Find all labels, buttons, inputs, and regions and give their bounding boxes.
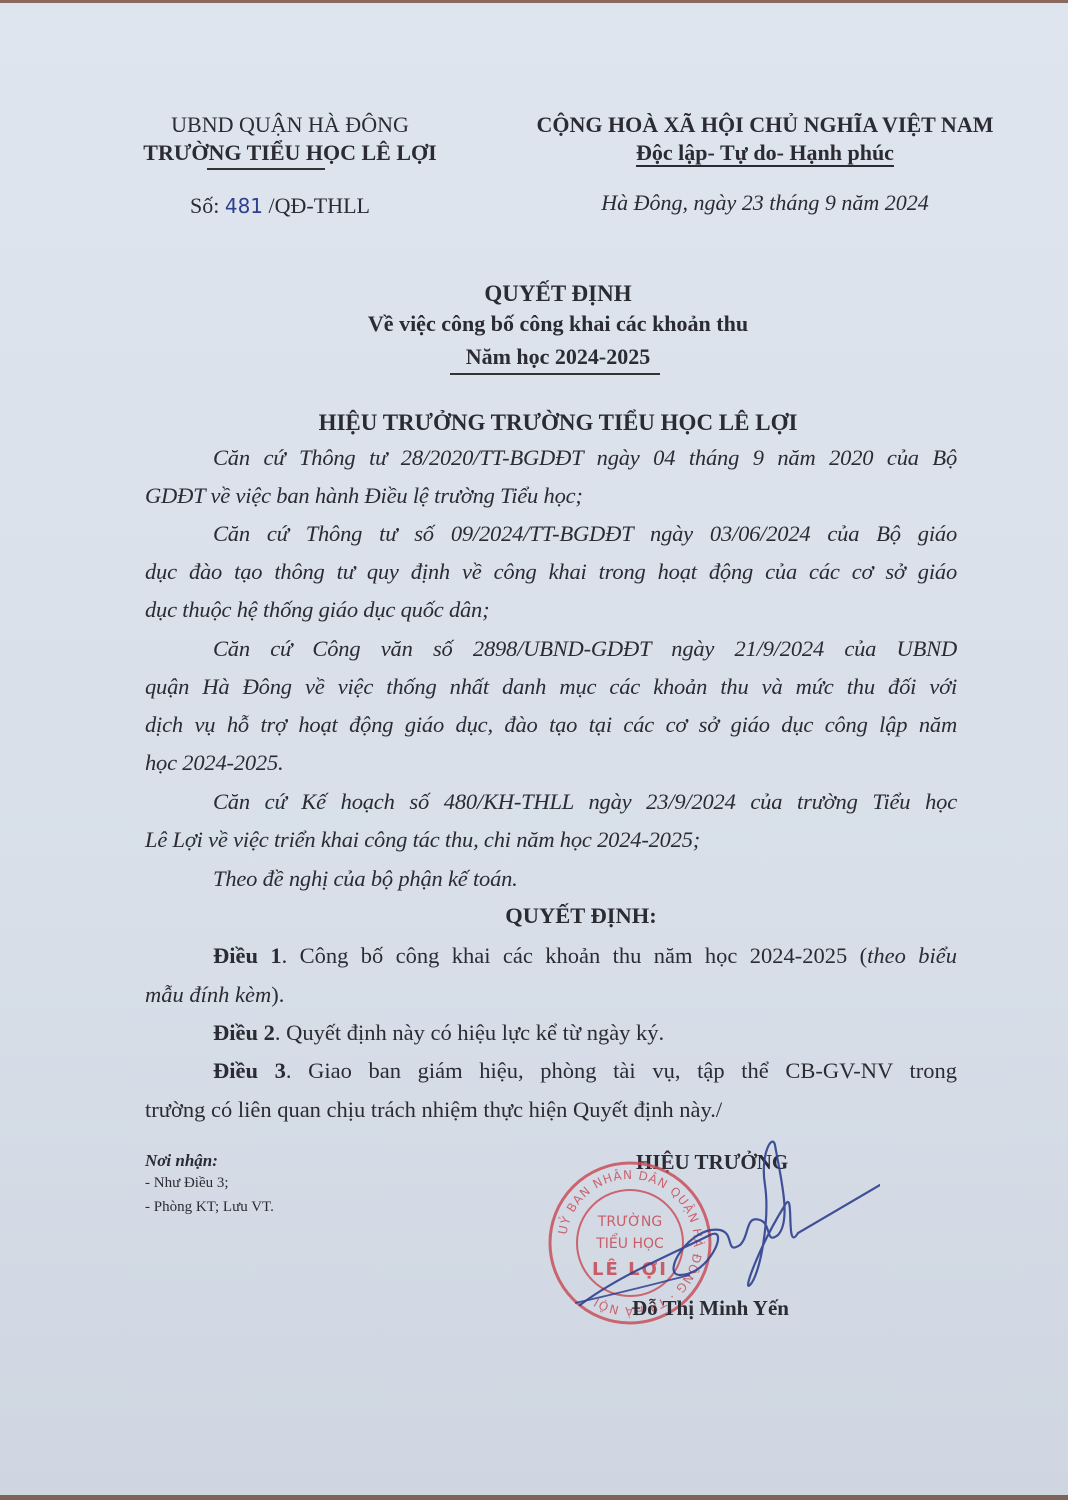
decision-subject: Về việc công bố công khai các khoản thu	[0, 311, 1068, 337]
preamble-3-line-2: quận Hà Đông về việc thống nhất danh mục…	[145, 674, 957, 700]
article-3-text: . Giao ban giám hiệu, phòng tài vụ, tập …	[286, 1058, 957, 1083]
recipient-item: - Phòng KT; Lưu VT.	[145, 1199, 274, 1216]
preamble-3-line-4: học 2024-2025.	[145, 750, 283, 776]
preamble-5: Theo đề nghị của bộ phận kế toán.	[213, 866, 518, 892]
year-underline	[450, 373, 660, 375]
number-label: Số:	[190, 193, 219, 218]
signature-scribble-icon	[560, 1125, 880, 1325]
article-1-line-1: Điều 1. Công bố công khai các khoản thu …	[213, 943, 957, 969]
article-1-italic: theo biểu	[867, 943, 957, 968]
handwritten-number: 481	[225, 194, 263, 218]
recipient-item: - Như Điều 3;	[145, 1175, 229, 1192]
preamble-4-line-2: Lê Lợi về việc triển khai công tác thu, …	[145, 827, 700, 853]
school-name-text: TRƯỜNG TIỂU HỌC LÊ LỢI	[143, 140, 436, 165]
document-number: Số: 481 /QĐ-THLL	[190, 193, 370, 219]
school-underline	[207, 168, 325, 170]
issuer-title: HIỆU TRƯỞNG TRƯỜNG TIỂU HỌC LÊ LỢI	[0, 410, 1068, 436]
article-2: Điều 2. Quyết định này có hiệu lực kể từ…	[213, 1020, 664, 1046]
photo-edge-bottom	[0, 1495, 1068, 1500]
number-suffix: /QĐ-THLL	[269, 193, 370, 218]
preamble-1-line-1: Căn cứ Thông tư 28/2020/TT-BGDĐT ngày 04…	[213, 445, 957, 471]
preamble-3-line-3: dịch vụ hỗ trợ hoạt động giáo dục, đào t…	[145, 712, 957, 738]
nation-title: CỘNG HOÀ XÃ HỘI CHỦ NGHĨA VIỆT NAM	[510, 112, 1020, 138]
article-1-label: Điều 1	[213, 943, 282, 968]
article-3-line-2: trường có liên quan chịu trách nhiệm thự…	[145, 1097, 722, 1123]
preamble-2-line-2: dục đào tạo thông tư quy định về công kh…	[145, 559, 957, 585]
article-1-line-2: mẫu đính kèm).	[145, 982, 284, 1008]
photo-edge-top	[0, 0, 1068, 3]
authority-name: UBND QUẬN HÀ ĐÔNG	[140, 112, 440, 138]
decision-year-text: Năm học 2024-2025	[466, 344, 651, 369]
recipients-title: Nơi nhận:	[145, 1151, 218, 1171]
article-3-label: Điều 3	[213, 1058, 286, 1083]
place-date: Hà Đông, ngày 23 tháng 9 năm 2024	[510, 190, 1020, 216]
preamble-4-line-1: Căn cứ Kế hoạch số 480/KH-THLL ngày 23/9…	[213, 789, 957, 815]
school-name: TRƯỜNG TIỂU HỌC LÊ LỢI	[130, 140, 450, 166]
preamble-1-line-2: GDĐT về việc ban hành Điều lệ trường Tiể…	[145, 483, 583, 509]
national-motto: Độc lập- Tự do- Hạnh phúc	[510, 140, 1020, 166]
decision-heading: QUYẾT ĐỊNH:	[0, 903, 1068, 929]
article-3-line-1: Điều 3. Giao ban giám hiệu, phòng tài vụ…	[213, 1058, 957, 1084]
article-1-end: ).	[271, 982, 284, 1007]
motto-text: Độc lập- Tự do- Hạnh phúc	[636, 140, 894, 165]
preamble-2-line-3: dục thuộc hệ thống giáo dục quốc dân;	[145, 597, 489, 623]
preamble-2-line-1: Căn cứ Thông tư số 09/2024/TT-BGDĐT ngày…	[213, 521, 957, 547]
preamble-3-line-1: Căn cứ Công văn số 2898/UBND-GDĐT ngày 2…	[213, 636, 957, 662]
article-2-text: . Quyết định này có hiệu lực kể từ ngày …	[275, 1020, 664, 1045]
decision-title: QUYẾT ĐỊNH	[0, 281, 1068, 307]
decision-year: Năm học 2024-2025	[0, 344, 1068, 370]
signer-name: Đỗ Thị Minh Yến	[632, 1296, 789, 1321]
article-1-attachment: mẫu đính kèm	[145, 982, 271, 1007]
article-2-label: Điều 2	[213, 1020, 275, 1045]
article-1-text: . Công bố công khai các khoản thu năm họ…	[282, 943, 868, 968]
